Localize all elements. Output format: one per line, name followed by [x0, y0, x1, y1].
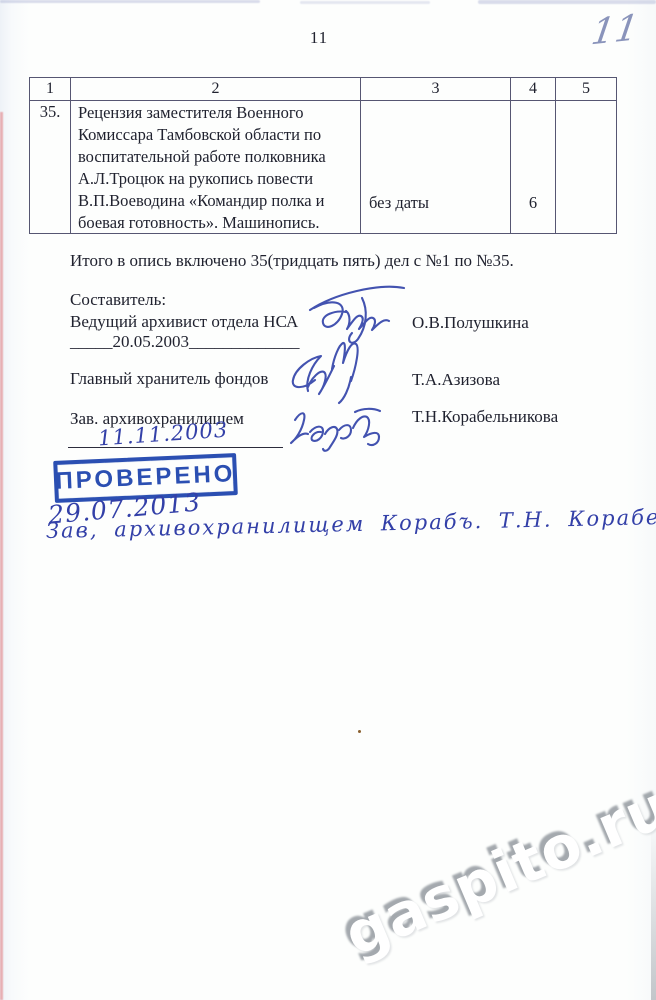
keeper-name: Т.А.Азизова — [412, 370, 500, 390]
row-number-cell: 35. — [30, 101, 71, 234]
scanned-archive-page: { "page": { "typed_page_number": "11", "… — [0, 0, 656, 1000]
compiler-name: О.В.Полушкина — [412, 313, 529, 333]
table-row: 35. Рецензия заместителя Военного Комисс… — [30, 101, 617, 234]
description-line: Комиссара Тамбовской области по — [71, 124, 360, 146]
inventory-table: 1 2 3 4 5 35. Рецензия заместителя Военн… — [29, 77, 617, 234]
signature-underline — [68, 447, 283, 448]
summary-line: Итого в опись включено 35(тридцать пять)… — [70, 251, 514, 271]
red-margin-line — [0, 112, 3, 1000]
archivist-signature — [287, 402, 387, 452]
row-note-cell — [556, 101, 617, 234]
column-header-5: 5 — [556, 78, 617, 101]
scan-streak-top-left — [0, 0, 260, 3]
scan-streak-top-right — [478, 0, 656, 4]
compiler-label: Составитель: — [70, 290, 166, 310]
row-sheets-value: 6 — [511, 193, 555, 213]
column-header-4: 4 — [511, 78, 556, 101]
column-header-3: 3 — [361, 78, 511, 101]
scan-right-edge-shadow — [651, 825, 656, 1000]
description-line: воспитательной работе полковника — [71, 146, 360, 168]
verified-stamp-label: ПРОВЕРЕНО — [55, 460, 236, 496]
typed-page-number: 11 — [303, 28, 335, 48]
compiler-role: Ведущий архивист отдела НСА — [70, 312, 298, 332]
archivist-name: Т.Н.Корабельникова — [412, 407, 558, 427]
site-watermark: gaspito.ru — [335, 771, 656, 969]
scan-streak-top-mid — [300, 1, 430, 4]
description-line: В.П.Воеводина «Командир полка и — [71, 190, 360, 212]
compiler-date-line: _____20.05.2003_____________ — [70, 332, 300, 352]
handwritten-page-number: 11 — [589, 8, 642, 54]
description-line: боевая готовность». Машинопись. — [71, 212, 360, 234]
row-date-cell: без даты — [361, 101, 511, 234]
row-sheets-cell: 6 — [511, 101, 556, 234]
keeper-signature — [283, 336, 371, 406]
column-header-1: 1 — [30, 78, 71, 101]
column-header-2: 2 — [71, 78, 361, 101]
keeper-role: Главный хранитель фондов — [70, 369, 268, 389]
scan-speck — [358, 730, 361, 733]
description-line: А.Л.Троцюк на рукопись повести — [71, 168, 360, 190]
row-date-value: без даты — [369, 193, 429, 213]
table-header-row: 1 2 3 4 5 — [30, 78, 617, 101]
row-description-cell: Рецензия заместителя Военного Комиссара … — [71, 101, 361, 234]
description-line: Рецензия заместителя Военного — [71, 102, 360, 124]
